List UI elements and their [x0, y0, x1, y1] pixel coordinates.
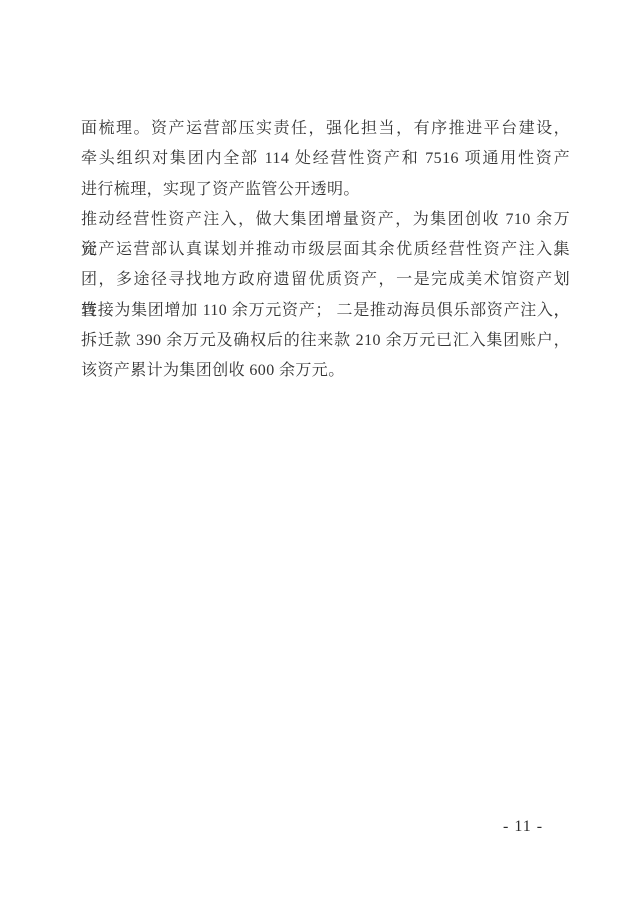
document-page: 面梳理。资产运营部压实责任，强化担当，有序推进平台建设， 牵头组织对集团内全部 …	[0, 0, 636, 900]
body-line: 推动经营性资产注入，做大集团增量资产，为集团创收 710 余万元。	[81, 205, 570, 235]
body-line: 资产运营部认真谋划并推动市级层面其余优质经营性资产注入集	[81, 235, 570, 265]
body-line: 牵头组织对集团内全部 114 处经营性资产和 7516 项通用性资产	[81, 144, 570, 174]
paragraph-2: 推动经营性资产注入，做大集团增量资产，为集团创收 710 余万元。 资产运营部认…	[81, 205, 570, 387]
body-line: 团，多途径寻找地方政府遗留优质资产，一是完成美术馆资产划转，	[81, 265, 570, 295]
body-text: 面梳理。资产运营部压实责任，强化担当，有序推进平台建设， 牵头组织对集团内全部 …	[81, 114, 570, 387]
body-line: 进行梳理，实现了资产监管公开透明。	[81, 175, 570, 205]
body-line: 拆迁款 390 余万元及确权后的往来款 210 余万元已汇入集团账户，	[81, 326, 570, 356]
body-line: 面梳理。资产运营部压实责任，强化担当，有序推进平台建设，	[81, 114, 570, 144]
body-line: 该资产累计为集团创收 600 余万元。	[81, 356, 570, 386]
paragraph-1: 面梳理。资产运营部压实责任，强化担当，有序推进平台建设， 牵头组织对集团内全部 …	[81, 114, 570, 205]
page-number: - 11 -	[503, 818, 543, 835]
body-line: 直接为集团增加 110 余万元资产； 二是推动海员俱乐部资产注入，	[81, 296, 570, 326]
